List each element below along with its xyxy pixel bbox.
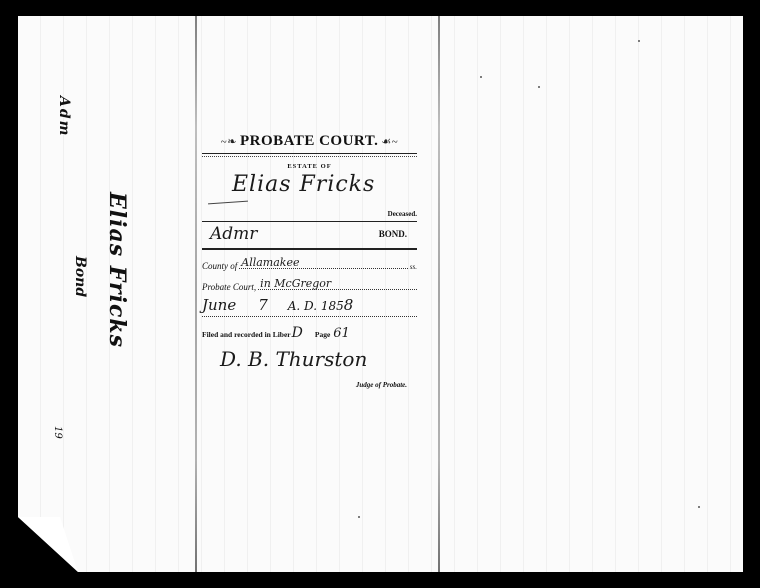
ad-label: A. D. 185	[288, 299, 344, 313]
margin-note-1: Adm	[56, 96, 72, 137]
county-field: Allamakee	[239, 256, 408, 269]
court-label: Probate Court,	[202, 282, 256, 292]
margin-note-3: Bond	[72, 256, 88, 297]
flourish-left-icon: ~❧	[221, 135, 237, 148]
ink-speck	[538, 86, 540, 88]
flourish-right-icon: ☙~	[381, 135, 398, 148]
margin-note-2: Elias Fricks	[104, 192, 130, 348]
date-month: June	[202, 296, 236, 314]
court-field: in McGregor	[258, 277, 417, 290]
county-row: County of Allamakee ss.	[202, 256, 417, 271]
margin-note-4: 19	[52, 426, 63, 439]
margin-notes: Adm Elias Fricks Bond 19	[48, 96, 138, 496]
court-row: Probate Court, in McGregor	[202, 277, 417, 292]
page-label: Page	[315, 330, 330, 339]
form-title-text: PROBATE COURT.	[240, 133, 378, 150]
ink-speck	[480, 76, 482, 78]
deceased-label: Deceased.	[388, 210, 417, 218]
ink-speck	[358, 516, 360, 518]
county-value: Allamakee	[241, 256, 299, 269]
filed-row: Filed and recorded in Liber D Page 61	[202, 325, 417, 341]
estate-name: Elias Fricks	[232, 172, 375, 197]
ink-speck	[638, 40, 640, 42]
deceased-row: Deceased.	[202, 210, 417, 222]
date-day: 7	[258, 296, 268, 314]
judge-signature: D. B. Thurston	[202, 347, 417, 377]
form-title: ~❧ PROBATE COURT. ☙~	[202, 133, 417, 154]
filed-label: Filed and recorded in Liber	[202, 330, 291, 339]
bond-label: BOND.	[379, 229, 407, 239]
court-value: in McGregor	[260, 277, 331, 290]
ink-speck	[698, 506, 700, 508]
liber-value: D	[292, 325, 303, 341]
date-row: June 7 A. D. 185 8	[202, 296, 417, 317]
probate-form: ~❧ PROBATE COURT. ☙~ ESTATE OF Elias Fri…	[202, 133, 417, 389]
county-label: County of	[202, 261, 237, 271]
bond-row: Admr BOND.	[202, 222, 417, 250]
date-year-suffix: 8	[344, 296, 354, 314]
page-value: 61	[333, 326, 350, 341]
judge-label: Judge of Probate.	[202, 381, 417, 389]
estate-name-line: Elias Fricks	[202, 170, 417, 204]
estate-of-label: ESTATE OF	[202, 163, 417, 170]
fold-line-right	[438, 16, 440, 572]
ss-label: ss.	[410, 263, 417, 271]
fold-line-left	[195, 16, 197, 572]
bond-type: Admr	[210, 224, 257, 244]
